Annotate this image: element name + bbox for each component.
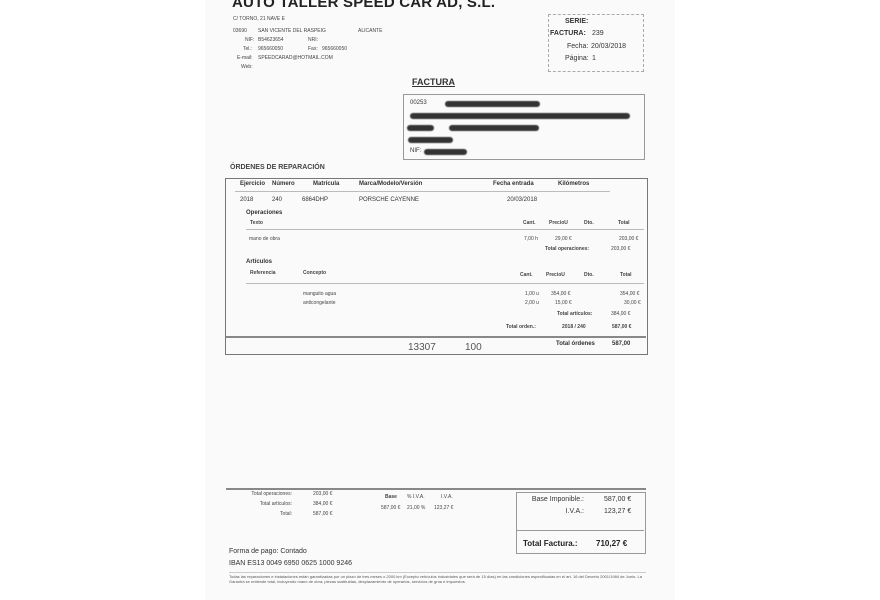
order-ejercicio: 2018 bbox=[240, 197, 253, 203]
op-col-precio: PrecioU bbox=[549, 220, 568, 226]
ocr-number-a: 13307 bbox=[408, 342, 436, 353]
fax-label: Fax: bbox=[308, 46, 318, 52]
vat-iva: 123,27 € bbox=[434, 505, 453, 511]
art-total-label: Total artículos: bbox=[557, 311, 592, 317]
col-matricula: Matrícula bbox=[313, 181, 339, 187]
redacted-client-postal bbox=[407, 125, 434, 131]
vat-base: 587,00 € bbox=[381, 505, 400, 511]
op-item-precio: 29,00 € bbox=[555, 236, 572, 242]
web-label: Web: bbox=[241, 64, 253, 70]
summary-total-label: Total: bbox=[226, 511, 292, 517]
summary-op-label: Total operaciones: bbox=[226, 491, 292, 497]
operaciones-title: Operaciones bbox=[246, 210, 282, 216]
iban: IBAN ES13 0049 6950 0625 1000 9246 bbox=[229, 560, 352, 567]
art-item-2-precio: 15,00 € bbox=[555, 300, 572, 306]
total-orden-label: Total orden.: bbox=[506, 324, 536, 330]
vat-pct: 21,00 % bbox=[407, 505, 425, 511]
art-col-total: Total bbox=[620, 272, 632, 278]
pagina-label: Página: bbox=[565, 55, 589, 62]
op-item-texto: mano de obra bbox=[249, 236, 280, 242]
factura-label: FACTURA: bbox=[550, 30, 586, 37]
nif-label: NIF: bbox=[245, 37, 254, 43]
factura-number: 239 bbox=[592, 30, 604, 37]
vat-col-pct: % I.V.A. bbox=[407, 494, 425, 500]
art-col-cant: Cant. bbox=[520, 272, 533, 278]
header-divider bbox=[235, 191, 610, 192]
total-ordenes: 587,00 bbox=[612, 341, 630, 347]
total-factura-label: Total Factura.: bbox=[523, 539, 578, 548]
orders-total-divider bbox=[226, 336, 646, 338]
op-item-total: 203,00 € bbox=[619, 236, 638, 242]
art-item-2-cant: 2,00 u bbox=[525, 300, 539, 306]
art-item-2-total: 30,00 € bbox=[624, 300, 641, 306]
art-item-2-concepto: anticongelante bbox=[303, 300, 336, 306]
art-col-concepto: Concepto bbox=[303, 270, 326, 276]
art-col-precio: PrecioU bbox=[546, 272, 565, 278]
company-name: AUTO TALLER SPEED CAR AD, S.L. bbox=[232, 0, 495, 11]
factura-heading: FACTURA bbox=[412, 77, 455, 87]
serie-label: SERIE: bbox=[565, 18, 588, 25]
legal-text: Todas las reparaciones e instalaciones e… bbox=[229, 575, 644, 584]
invoice-date: 20/03/2018 bbox=[591, 43, 626, 50]
total-factura: 710,27 € bbox=[596, 539, 627, 548]
redacted-client-address bbox=[410, 113, 630, 119]
company-postal-code: 03690 bbox=[233, 28, 247, 34]
summary-divider bbox=[226, 488, 646, 490]
redacted-client-province bbox=[408, 137, 453, 143]
op-item-cant: 7,00 h bbox=[524, 236, 538, 242]
company-fax: 965660050 bbox=[322, 46, 347, 52]
col-numero: Número bbox=[272, 181, 295, 187]
total-ordenes-label: Total órdenes bbox=[556, 341, 595, 347]
art-item-1-concepto: manguito agua bbox=[303, 291, 336, 297]
fecha-label: Fecha: bbox=[567, 43, 588, 50]
op-col-dto: Dto. bbox=[584, 220, 594, 226]
order-matricula: 6864DHP bbox=[302, 197, 328, 203]
op-col-texto: Texto bbox=[250, 220, 263, 226]
art-item-1-cant: 1,00 u bbox=[525, 291, 539, 297]
art-item-1-total: 354,00 € bbox=[620, 291, 639, 297]
email-label: E-mail: bbox=[237, 55, 253, 61]
company-nif: B54623654 bbox=[258, 37, 284, 43]
op-col-cant: Cant. bbox=[523, 220, 536, 226]
company-email: SPEEDCARAD@HOTMAIL.COM bbox=[258, 55, 333, 61]
col-ejercicio: Ejercicio bbox=[240, 181, 265, 187]
op-col-total: Total bbox=[618, 220, 630, 226]
art-item-1-precio: 354,00 € bbox=[551, 291, 570, 297]
client-nif-label: NIF: bbox=[410, 148, 421, 154]
art-total: 384,00 € bbox=[611, 311, 630, 317]
art-col-referencia: Referencia bbox=[250, 270, 276, 276]
articulos-title: Artículos bbox=[246, 259, 272, 265]
nri-label: NRI: bbox=[308, 37, 318, 43]
op-total: 203,00 € bbox=[611, 246, 630, 252]
order-vehiculo: PORSCHE CAYENNE bbox=[359, 197, 419, 203]
art-col-dto: Dto. bbox=[584, 272, 594, 278]
ocr-number-b: 100 bbox=[465, 342, 482, 353]
company-address: C/ TORNO, 21 NAVE E bbox=[233, 16, 285, 22]
order-numero: 240 bbox=[272, 197, 282, 203]
summary-total-value: 587,00 € bbox=[313, 511, 332, 517]
summary-op-value: 203,00 € bbox=[313, 491, 332, 497]
legal-divider bbox=[229, 572, 646, 573]
company-province: ALICANTE bbox=[358, 28, 382, 34]
col-kilometros: Kilómetros bbox=[558, 181, 589, 187]
total-orden-ref: 2018 / 240 bbox=[562, 324, 586, 330]
company-city: SAN VICENTE DEL RASPEIG bbox=[258, 28, 326, 34]
art-header-divider bbox=[246, 283, 644, 284]
redacted-client-city bbox=[449, 125, 539, 131]
base-imponible: 587,00 € bbox=[604, 496, 631, 503]
orders-section-title: ÓRDENES DE REPARACIÓN bbox=[230, 164, 325, 171]
op-header-divider bbox=[246, 229, 644, 230]
base-imponible-label: Base Imponible.: bbox=[516, 496, 584, 503]
order-fecha-entrada: 20/03/2018 bbox=[507, 197, 537, 203]
summary-art-value: 384,00 € bbox=[313, 501, 332, 507]
total-orden: 587,00 € bbox=[612, 324, 631, 330]
company-tel: 965660050 bbox=[258, 46, 283, 52]
col-vehiculo: Marca/Modelo/Versión bbox=[359, 181, 422, 187]
iva-amount: 123,27 € bbox=[604, 508, 631, 515]
col-fecha-entrada: Fecha entrada bbox=[493, 181, 534, 187]
op-total-label: Total operaciones: bbox=[545, 246, 589, 252]
summary-art-label: Total artículos: bbox=[226, 501, 292, 507]
tel-label: Tel.: bbox=[243, 46, 252, 52]
redacted-client-name bbox=[445, 101, 540, 107]
vat-col-iva: I.V.A. bbox=[441, 494, 453, 500]
redacted-client-nif bbox=[424, 149, 467, 155]
client-code: 00253 bbox=[410, 100, 427, 106]
iva-label: I.V.A.: bbox=[516, 508, 584, 515]
page-number: 1 bbox=[592, 55, 596, 62]
payment-method: Forma de pago: Contado bbox=[229, 548, 307, 555]
vat-col-base: Base bbox=[385, 494, 397, 500]
totals-separator bbox=[516, 530, 644, 531]
